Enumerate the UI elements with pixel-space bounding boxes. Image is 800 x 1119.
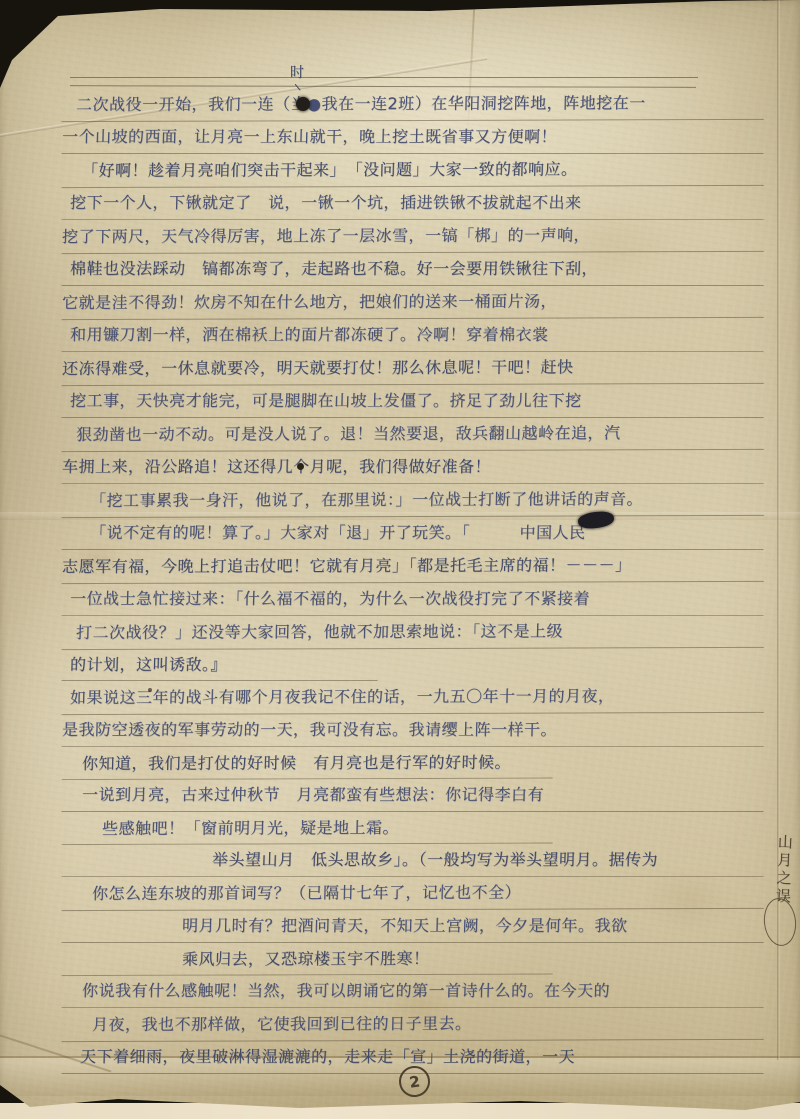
manuscript-line: 和用镰刀割一样，洒在棉袄上的面片都冻硬了。冷啊！穿着棉衣裳 (62, 319, 765, 352)
manuscript-text-block: 二次战役一开始，我们一连（当●我在一连2班）在华阳洞挖阵地，阵地挖在一 一个山坡… (62, 88, 764, 1074)
manuscript-line: 些感触吧！「窗前明月光，疑是地上霜。 (62, 811, 765, 845)
manuscript-line: 明月几时有？把酒问青天，不知天上宫阙，今夕是何年。我欲 (62, 910, 765, 943)
ink-speck (148, 688, 152, 692)
manuscript-line: 你知道，我们是打仗的好时候 有月亮也是行军的好时候。 (62, 746, 765, 780)
top-ruling-line-1 (70, 77, 698, 78)
page-number-text: 2 (408, 1072, 421, 1091)
manuscript-line: 棉鞋也没法踩动 镐都冻弯了，走起路也不稳。好一会要用铁锹往下刮， (62, 253, 765, 286)
manuscript-line: 挖了下两尺，天气冷得厉害，地上冻了一层冰雪，一镐「梆」的一声响， (62, 219, 765, 254)
manuscript-line: 「挖工事累我一身汗，他说了，在那里说：」一位战士打断了他讲话的声音。 (62, 483, 765, 518)
manuscript-line: 挖下一个人，下锹就定了 说，一锹一个坑，插进铁锹不拔就起不出来 (62, 187, 765, 220)
ink-blot-correction-line1 (296, 97, 310, 111)
manuscript-line: 「说不定有的呢！算了。」大家对「退」开了玩笑。「 中国人民 (62, 517, 765, 550)
manuscript-line: 一说到月亮，古来过仲秋节 月亮都蛮有些想法：你记得李白有 (62, 779, 765, 812)
manuscript-line: 是我防空透夜的军事劳动的一天，我可没有忘。我请缨上阵一样干。 (62, 714, 765, 747)
manuscript-line: 志愿军有福，今晚上打追击仗吧！它就有月亮」「都是托毛主席的福！－－－」 (62, 549, 765, 584)
manuscript-line: 挖工事，天快亮才能完，可是腿脚在山坡上发僵了。挤足了劲儿往下挖 (62, 385, 765, 418)
manuscript-line: 举头望山月 低头思故乡」。（一般均写为举头望明月。据传为 (62, 844, 765, 877)
manuscript-line: 一个山坡的西面，让月亮一上东山就干，晚上挖土既省事又方便啊！ (62, 121, 765, 154)
manuscript-line: 「好啊！趁着月亮咱们突击干起来」 「没问题」大家一致的都响应。 (62, 153, 765, 188)
manuscript-line: 二次战役一开始，我们一连（当●我在一连2班）在华阳洞挖阵地，阵地挖在一 (62, 87, 765, 122)
ink-speck (297, 463, 304, 470)
manuscript-line: 月夜，我也不那样做，它使我回到已往的日子里去。 (62, 1007, 765, 1042)
manuscript-line: 一位战士急忙接过来：「什么福不福的，为什么一次战役打完了不紧接着 (62, 583, 765, 616)
manuscript-line: 狠劲凿也一动不动。可是没人说了。退！当然要退，敌兵翻山越岭在追，汽 (62, 417, 765, 452)
manuscript-line: 的计划，这叫诱敌。』 (62, 649, 765, 681)
manuscript-line: 打二次战役？」还没等大家回答，他就不加思索地说：「这不是上级 (62, 615, 765, 650)
manuscript-line: 乘风归去，又恐琼楼玉宇不胜寒！ (62, 942, 765, 976)
manuscript-line: 如果说这三年的战斗有哪个月夜我记不住的话，一九五〇年十一月的月夜， (62, 680, 765, 715)
manuscript-line: 你说我有什么感触呢！当然，我可以朗诵它的第一首诗什么的。在今天的 (62, 975, 765, 1008)
manuscript-line: 车拥上来，沿公路追！这还得几个月呢，我们得做好准备！ (62, 451, 765, 484)
manuscript-line: 还冻得难受，一休息就要冷，明天就要打仗！那么休息呢！干吧！赶快 (62, 351, 765, 386)
manuscript-line: 它就是洼不得劲！炊房不知在什么地方，把娘们的送来一桶面片汤， (62, 285, 765, 320)
manuscript-paper: 二次战役一开始，我们一连（当●我在一连2班）在华阳洞挖阵地，阵地挖在一 一个山坡… (0, 0, 800, 1119)
manuscript-line: 你怎么连东坡的那首词写？（已隔廿七年了，记忆也不全） (62, 876, 765, 911)
